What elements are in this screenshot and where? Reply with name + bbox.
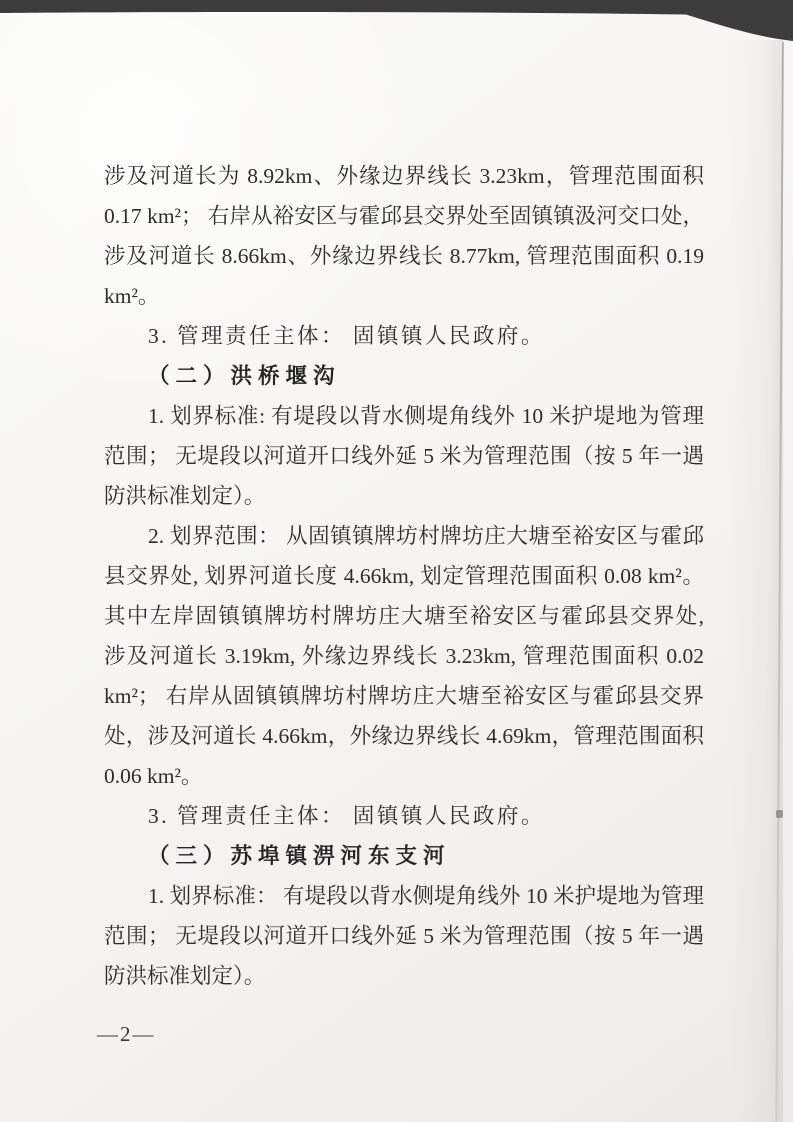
scanner-edge-bar [0,0,793,44]
text-line: 1. 划界标准： 有堤段以背水侧堤角线外 10 米护堤地为管理 [104,876,704,916]
scanned-document-page: 涉及河道长为 8.92km、外缘边界线长 3.23km，管理范围面积 0.17 … [0,0,793,1122]
section-heading: （三）苏埠镇淠河东支河 [104,836,704,876]
page-curl-shading [728,40,783,1122]
text-line: km²。 [104,276,704,316]
text-line: 防洪标准划定）。 [104,956,704,996]
page-edge-line [775,42,784,1122]
paragraph: 涉及河道长为 8.92km、外缘边界线长 3.23km，管理范围面积 0.17 … [104,156,704,316]
text-line: 防洪标准划定）。 [104,476,704,516]
text-line: 3. 管理责任主体： 固镇镇人民政府。 [104,316,704,356]
paragraph: 3. 管理责任主体： 固镇镇人民政府。 [104,316,704,356]
text-line: 1. 划界标准: 有堤段以背水侧堤角线外 10 米护堤地为管理 [104,396,704,436]
text-line: 范围； 无堤段以河道开口线外延 5 米为管理范围（按 5 年一遇 [104,436,704,476]
page-number: —2— [97,1022,156,1047]
paragraph: 3. 管理责任主体： 固镇镇人民政府。 [104,796,704,836]
text-line: 0.17 km²； 右岸从裕安区与霍邱县交界处至固镇镇汲河交口处， [104,196,704,236]
text-line: 0.06 km²。 [104,756,704,796]
text-line: 其中左岸固镇镇牌坊村牌坊庄大塘至裕安区与霍邱县交界处, [104,596,704,636]
text-line: 处，涉及河道长 4.66km，外缘边界线长 4.69km，管理范围面积 [104,716,704,756]
scan-speck [776,810,783,818]
text-line: 涉及河道长 8.66km、外缘边界线长 8.77km, 管理范围面积 0.19 [104,236,704,276]
heading-line: （二）洪桥堰沟 [104,356,704,396]
text-line: 涉及河道长 3.19km, 外缘边界线长 3.23km, 管理范围面积 0.02 [104,636,704,676]
text-line: 范围； 无堤段以河道开口线外延 5 米为管理范围（按 5 年一遇 [104,916,704,956]
document-body: 涉及河道长为 8.92km、外缘边界线长 3.23km，管理范围面积 0.17 … [104,156,704,996]
paragraph: 1. 划界标准： 有堤段以背水侧堤角线外 10 米护堤地为管理 范围； 无堤段以… [104,876,704,996]
text-line: 3. 管理责任主体： 固镇镇人民政府。 [104,796,704,836]
heading-line: （三）苏埠镇淠河东支河 [104,836,704,876]
paragraph: 1. 划界标准: 有堤段以背水侧堤角线外 10 米护堤地为管理 范围； 无堤段以… [104,396,704,516]
paragraph: 2. 划界范围： 从固镇镇牌坊村牌坊庄大塘至裕安区与霍邱 县交界处, 划界河道长… [104,516,704,796]
text-line: 涉及河道长为 8.92km、外缘边界线长 3.23km，管理范围面积 [104,156,704,196]
text-line: 2. 划界范围： 从固镇镇牌坊村牌坊庄大塘至裕安区与霍邱 [104,516,704,556]
text-line: km²； 右岸从固镇镇牌坊村牌坊庄大塘至裕安区与霍邱县交界 [104,676,704,716]
section-heading: （二）洪桥堰沟 [104,356,704,396]
text-line: 县交界处, 划界河道长度 4.66km, 划定管理范围面积 0.08 km²。 [104,556,704,596]
